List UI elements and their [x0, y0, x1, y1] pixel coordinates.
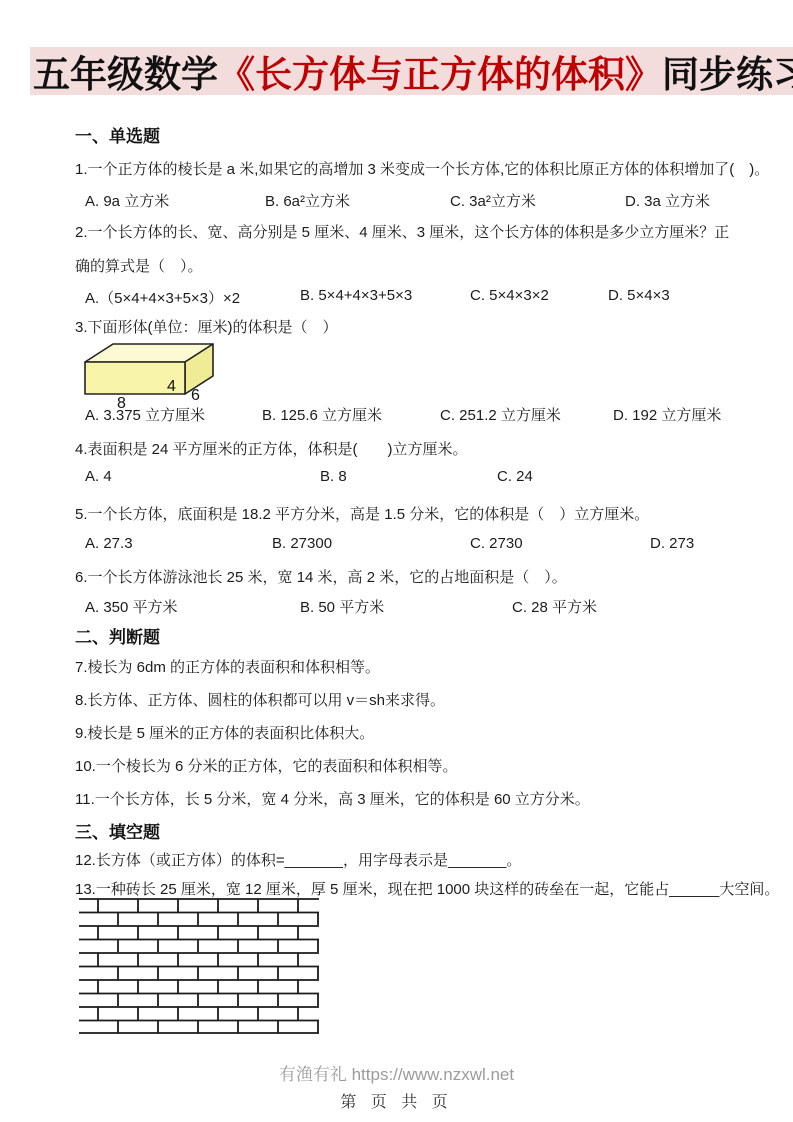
page-number-text: 第 页 共 页: [0, 1089, 793, 1112]
option-c: C. 3a²立方米: [450, 190, 536, 211]
option-b: B. 50 平方米: [300, 596, 384, 617]
watermark-text: 有渔有礼 https://www.nzxwl.net: [0, 1060, 793, 1085]
section-heading-judgement: 二、判断题: [75, 623, 160, 648]
section-heading-fill-blank: 三、填空题: [75, 818, 160, 843]
worksheet-page: 五年级数学《长方体与正方体的体积》同步练习 一、单选题 1.一个正方体的棱长是 …: [0, 0, 793, 1122]
option-c: C. 24: [497, 468, 533, 485]
page-title: 五年级数学《长方体与正方体的体积》同步练习: [30, 47, 793, 95]
question-7-text: 7.棱长为 6dm 的正方体的表面积和体积相等。: [75, 656, 380, 677]
question-2-options: A.（5×4+4×3+5×3）×2 B. 5×4+4×3+5×3 C. 5×4×…: [75, 287, 793, 307]
option-b: B. 27300: [272, 535, 332, 552]
option-a: A. 9a 立方米: [85, 190, 169, 211]
question-12-text: 12.长方体（或正方体）的体积=_______，用字母表示是_______。: [75, 849, 521, 870]
option-a: A.（5×4+4×3+5×3）×2: [85, 287, 240, 308]
option-c: C. 251.2 立方厘米: [440, 404, 561, 425]
question-5-options: A. 27.3 B. 27300 C. 2730 D. 273: [75, 535, 793, 555]
question-6-text: 6.一个长方体游泳池长 25 米，宽 14 米，高 2 米，它的占地面积是（ ）…: [75, 566, 567, 587]
brick-wall-figure: [78, 898, 320, 1041]
option-d: D. 273: [650, 535, 694, 552]
option-a: A. 4: [85, 468, 112, 485]
question-2-text: 2.一个长方体的长、宽、高分别是 5 厘米、4 厘米、3 厘米，这个长方体的体积…: [75, 216, 740, 284]
option-d: D. 5×4×3: [608, 287, 670, 304]
option-d: D. 192 立方厘米: [613, 404, 721, 425]
option-a: A. 27.3: [85, 535, 133, 552]
section-heading-single-choice: 一、单选题: [75, 122, 160, 147]
option-a: A. 3.375 立方厘米: [85, 404, 205, 425]
question-13-text: 13.一种砖长 25 厘米，宽 12 厘米，厚 5 厘米，现在把 1000 块这…: [75, 878, 779, 899]
cuboid-height-label: 4: [167, 378, 176, 395]
option-c: C. 28 平方米: [512, 596, 597, 617]
option-c: C. 5×4×3×2: [470, 287, 549, 304]
title-part-right: 同步练习: [662, 44, 793, 98]
question-11-text: 11.一个长方体，长 5 分米，宽 4 分米，高 3 厘米，它的体积是 60 立…: [75, 788, 590, 809]
option-b: B. 5×4+4×3+5×3: [300, 287, 412, 304]
cuboid-depth-label: 6: [191, 387, 200, 404]
question-3-text: 3.下面形体(单位：厘米)的体积是（ ）: [75, 316, 338, 337]
question-10-text: 10.一个棱长为 6 分米的正方体，它的表面积和体积相等。: [75, 755, 458, 776]
option-c: C. 2730: [470, 535, 523, 552]
question-1-text: 1.一个正方体的棱长是 a 米,如果它的高增加 3 米变成一个长方体,它的体积比…: [75, 158, 769, 179]
option-b: B. 125.6 立方厘米: [262, 404, 382, 425]
question-4-options: A. 4 B. 8 C. 24: [75, 468, 793, 488]
question-3-options: A. 3.375 立方厘米 B. 125.6 立方厘米 C. 251.2 立方厘…: [75, 404, 793, 424]
option-b: B. 6a²立方米: [265, 190, 350, 211]
question-1-options: A. 9a 立方米 B. 6a²立方米 C. 3a²立方米 D. 3a 立方米: [75, 190, 793, 210]
option-a: A. 350 平方米: [85, 596, 178, 617]
question-5-text: 5.一个长方体，底面积是 18.2 平方分米，高是 1.5 分米，它的体积是（ …: [75, 503, 649, 524]
brick-pattern: [79, 898, 319, 1033]
question-6-options: A. 350 平方米 B. 50 平方米 C. 28 平方米: [75, 596, 793, 616]
question-4-text: 4.表面积是 24 平方厘米的正方体，体积是( )立方厘米。: [75, 438, 468, 459]
question-9-text: 9.棱长是 5 厘米的正方体的表面积比体积大。: [75, 722, 374, 743]
question-8-text: 8.长方体、正方体、圆柱的体积都可以用 v＝sh来求得。: [75, 689, 445, 710]
title-part-left: 五年级数学: [33, 44, 218, 98]
option-b: B. 8: [320, 468, 347, 485]
option-d: D. 3a 立方米: [625, 190, 710, 211]
title-part-red: 《长方体与正方体的体积》: [218, 44, 662, 98]
